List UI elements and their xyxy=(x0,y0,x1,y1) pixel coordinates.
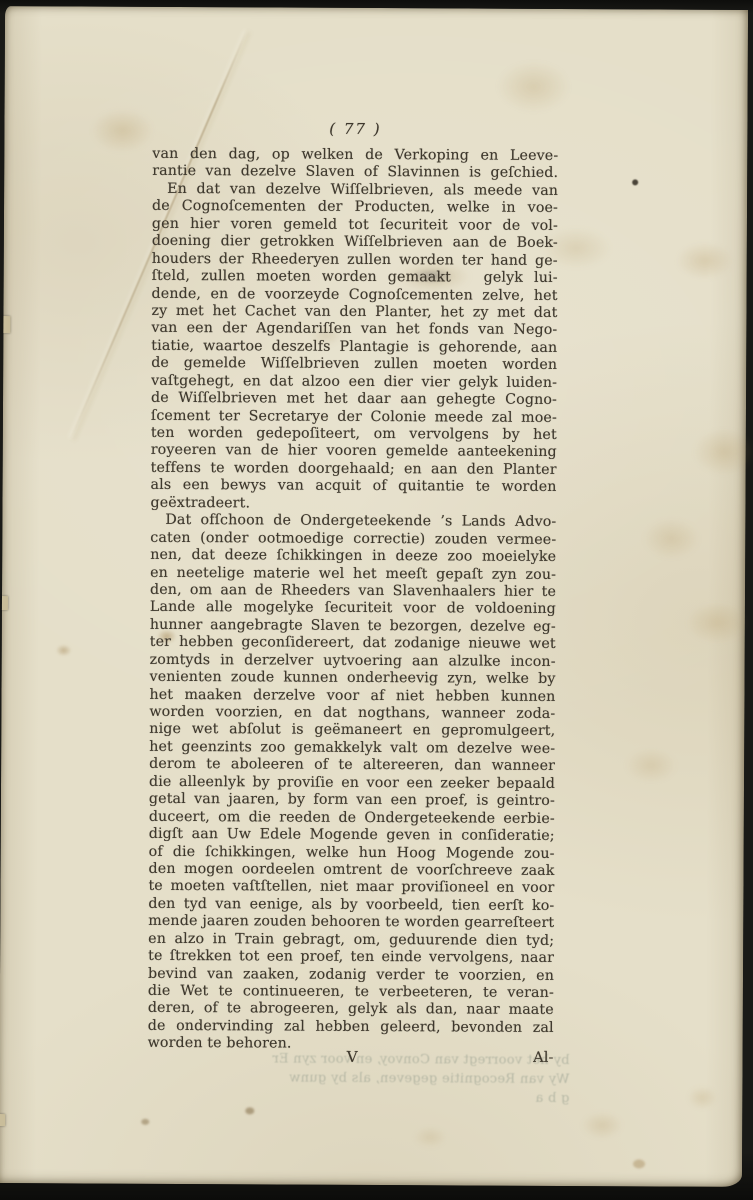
body-text: van den dag, op welken de Verkoping en L… xyxy=(148,146,559,1067)
text-line: worden voorzien, en dat nogthans, wannee… xyxy=(149,704,555,724)
text-line: den tyd van eenige, als by voorbeeld, ti… xyxy=(148,896,554,916)
paper-sheet: by het voorregt van Convoy, en voor zyn … xyxy=(0,6,748,1187)
foxing-stain xyxy=(687,1086,717,1110)
text-line: houders der Rheederyen zullen worden ter… xyxy=(152,250,558,270)
foxing-stain xyxy=(676,242,734,280)
text-line: of die ſchikkingen, welke hun Hoog Mogen… xyxy=(149,843,555,863)
text-line: den, om aan de Rheeders van Slavenhaaler… xyxy=(150,582,556,602)
text-line: ſteld, zullen moeten worden gemaakt gely… xyxy=(152,268,558,288)
text-line: dende, en de voorzeyde Cognoſcementen ze… xyxy=(152,285,558,305)
foxing-stain xyxy=(413,1126,447,1148)
binding-stub xyxy=(0,1114,5,1126)
page-number: ( 77 ) xyxy=(152,119,558,139)
signature-mark: V xyxy=(347,1048,358,1066)
text-line: de ondervinding zal hebben geleerd, bevo… xyxy=(148,1018,554,1038)
text-line: die Wet te continueeren, te verbeeteren,… xyxy=(148,983,554,1003)
binding-stub xyxy=(3,316,10,333)
text-line: zomtyds in derzelver uytvoering aan alzu… xyxy=(150,652,556,672)
text-line: En dat van dezelve Wiſſelbrieven, als me… xyxy=(152,181,558,201)
text-line: die alleenlyk by proviſie en voor een ze… xyxy=(149,774,555,794)
text-line: geëxtradeert. xyxy=(150,495,556,515)
text-line: gen hier voren gemeld tot ſecuriteit voo… xyxy=(152,216,558,236)
foxing-stain xyxy=(90,109,154,153)
text-line: teffens te worden doorgehaald; en aan de… xyxy=(151,460,557,480)
text-line: nen, dat deeze ſchikkingen in deeze zoo … xyxy=(150,547,556,567)
foxing-stain xyxy=(633,1159,645,1168)
text-line: mende jaaren zouden behooren te worden g… xyxy=(148,913,554,933)
text-line: venienten zoude kunnen onderheevig zyn, … xyxy=(150,669,556,689)
text-line: caten (onder ootmoedige correctie) zoude… xyxy=(150,529,556,549)
foxing-stain xyxy=(497,61,571,113)
text-line: deren, of te abrogeeren, gelyk als dan, … xyxy=(148,1000,554,1020)
text-line: en neetelige materie wel het meeſt gepaſ… xyxy=(150,564,556,584)
scan-background: by het voorregt van Convoy, en voor zyn … xyxy=(0,0,753,1200)
text-line: royeeren van de hier vooren gemelde aant… xyxy=(151,442,557,462)
signature-row: V Al- xyxy=(148,1047,554,1067)
text-line: getal van jaaren, by form van een proef,… xyxy=(149,791,555,811)
text-line: rantie van dezelve Slaven of Slavinnen i… xyxy=(152,163,558,183)
text-line: den mogen oordeelen omtrent de voorſchre… xyxy=(149,861,555,881)
ink-speck xyxy=(245,1107,254,1114)
bleedthrough-line: g b a xyxy=(139,1087,569,1108)
foxing-stain xyxy=(625,747,677,783)
text-line: ten worden gedepoſiteert, om vervolgens … xyxy=(151,425,557,445)
text-line: tiatie, waartoe deszelfs Plantagie is ge… xyxy=(151,338,557,358)
text-line: Dat ofſchoon de Ondergeteekende ’s Lands… xyxy=(150,512,556,532)
text-line: ſcement ter Secretarye der Colonie meede… xyxy=(151,407,557,427)
text-line: doening dier getrokken Wiſſelbrieven aan… xyxy=(152,233,558,253)
ink-speck xyxy=(632,179,638,185)
text-line: te moeten vaſtſtellen, niet maar proviſi… xyxy=(148,878,554,898)
binding-stub xyxy=(2,596,8,610)
text-line: duceert, om die reeden de Ondergeteekend… xyxy=(149,808,555,828)
text-line: de Cognoſcementen der Producten, welke i… xyxy=(152,198,558,218)
text-line: het maaken derzelve voor af niet hebben … xyxy=(149,686,555,706)
paragraph-lines: van den dag, op welken de Verkoping en L… xyxy=(148,146,559,1055)
text-line: Lande alle mogelyke ſecuriteit voor de v… xyxy=(150,599,556,619)
text-line: van een der Agendariſſen van het fonds v… xyxy=(151,320,557,340)
text-line: bevind van zaaken, zodanig verder te voo… xyxy=(148,965,554,985)
text-line: digſt aan Uw Edele Mogende geven in conſ… xyxy=(149,826,555,846)
foxing-stain xyxy=(642,517,700,559)
text-line: en alzo in Train gebragt, om, geduurende… xyxy=(148,931,554,951)
foxing-stain xyxy=(56,644,72,656)
text-line: als een bewys van acquit of quitantie te… xyxy=(151,477,557,497)
text-line: vaſtgehegt, en dat alzoo een dier vier g… xyxy=(151,373,557,393)
foxing-stain xyxy=(686,602,748,644)
text-line: de gemelde Wiſſelbrieven zullen moeten w… xyxy=(151,355,557,375)
foxing-stain xyxy=(581,1111,623,1139)
text-line: zy met het Cachet van den Planter, het z… xyxy=(151,303,557,323)
catchword: Al- xyxy=(533,1049,554,1067)
bleedthrough-line: Wy van Recognitie gegeven, als by gunw xyxy=(139,1068,569,1089)
text-line: de Wiſſelbrieven met het daar aan gehegt… xyxy=(151,390,557,410)
text-line: te ſtrekken tot een proef, ten einde ver… xyxy=(148,948,554,968)
foxing-stain xyxy=(693,428,753,476)
text-line: hunner aangebragte Slaven te bezorgen, d… xyxy=(150,617,556,637)
text-line: ter hebben geconſidereert, dat zodanige … xyxy=(150,634,556,654)
text-line: het geenzints zoo gemakkelyk valt om dez… xyxy=(149,739,555,759)
text-line: van den dag, op welken de Verkoping en L… xyxy=(152,146,558,166)
ink-speck xyxy=(141,1119,149,1125)
text-line: derom te aboleeren of te altereeren, dan… xyxy=(149,756,555,776)
text-line: nige wet abſolut is geëmaneert en geprom… xyxy=(149,721,555,741)
